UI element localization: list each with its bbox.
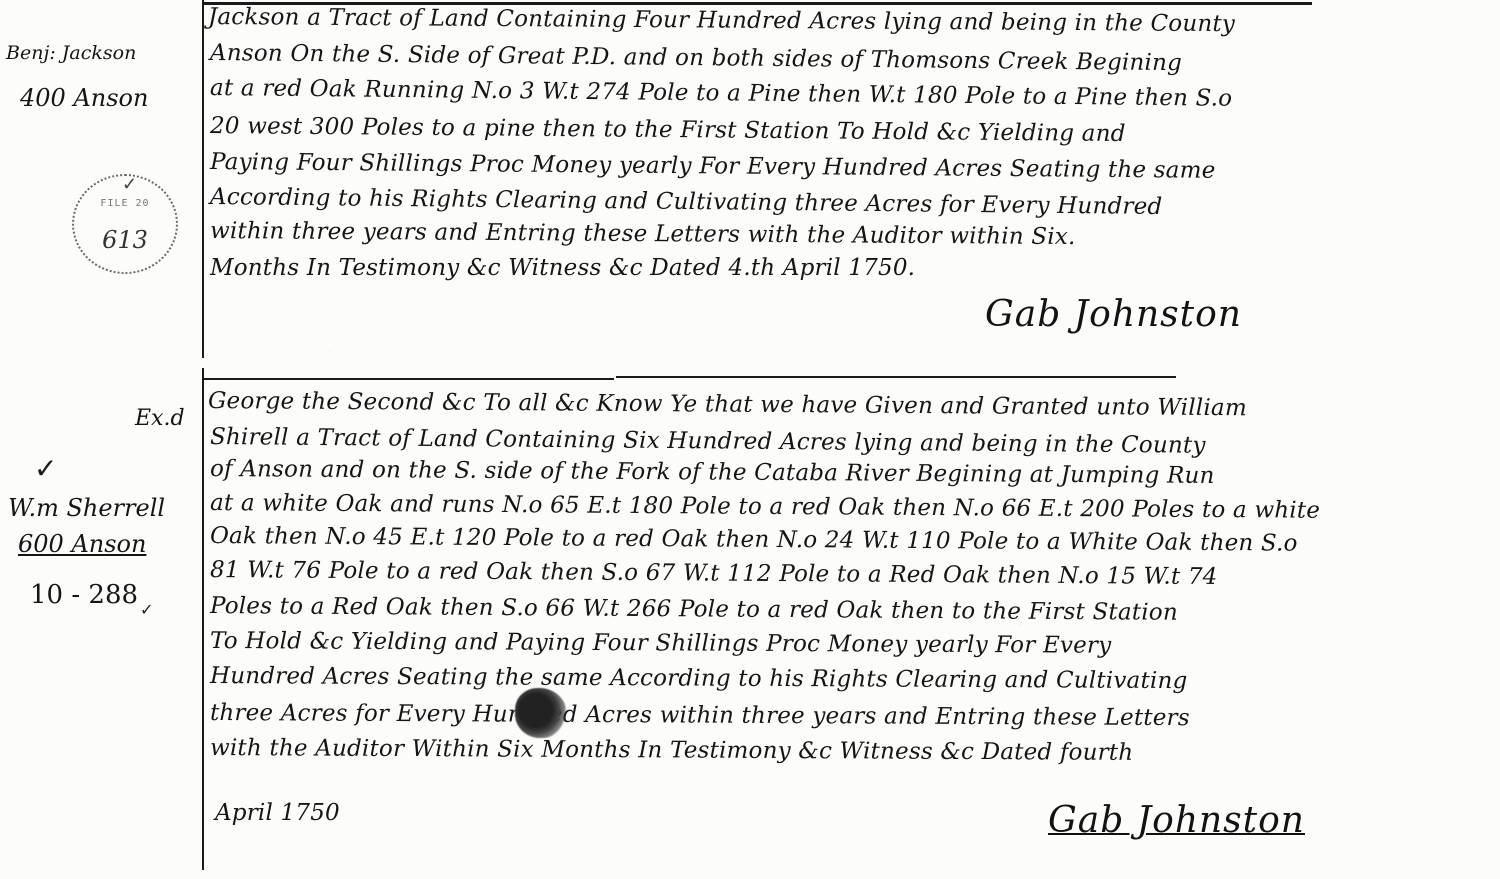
stamp-code: FILE 20 xyxy=(74,198,176,209)
entry-2-signature: Gab Johnston xyxy=(1048,800,1305,841)
margin-grantee-name: W.m Sherrell xyxy=(8,494,165,522)
margin-acres-county: 400 Anson xyxy=(20,84,148,112)
file-stamp: ✓ FILE 20 613 xyxy=(72,174,178,274)
entry-divider-right xyxy=(616,376,1176,378)
entry-1-line-5: Paying Four Shillings Proc Money yearly … xyxy=(210,149,1216,184)
margin-rule-entry-1 xyxy=(202,0,204,358)
entry-1-line-6: According to his Rights Clearing and Cul… xyxy=(210,184,1163,220)
check-mark-icon: ✓ xyxy=(34,452,57,485)
entry-1-line-8: Months In Testimony &c Witness &c Dated … xyxy=(210,255,915,281)
entry-1-line-2: Anson On the S. Side of Great P.D. and o… xyxy=(210,40,1182,76)
entry-1-line-7: within three years and Entring these Let… xyxy=(210,218,1076,250)
document-page: Benj: Jackson 400 Anson ✓ FILE 20 613 Ja… xyxy=(0,0,1500,879)
entry-2-line-11: with the Auditor Within Six Months In Te… xyxy=(210,735,1133,766)
margin-grantee-name: Benj: Jackson xyxy=(6,42,136,64)
ink-blot xyxy=(515,688,567,738)
entry-1-signature: Gab Johnston xyxy=(985,294,1242,335)
entry-2-line-12: April 1750 xyxy=(215,800,340,826)
entry-1-line-1: Jackson a Tract of Land Containing Four … xyxy=(208,4,1418,38)
entry-2-line-8: To Hold &c Yielding and Paying Four Shil… xyxy=(210,628,1111,659)
check-mark-icon: ✓ xyxy=(122,174,137,195)
entry-2-line-2: Shirell a Tract of Land Containing Six H… xyxy=(210,424,1206,459)
entry-divider-left xyxy=(204,378,614,380)
entry-2-line-5: Oak then N.o 45 E.t 120 Pole to a red Oa… xyxy=(210,523,1298,557)
entry-2-line-9: Hundred Acres Seating the same According… xyxy=(210,663,1188,694)
entry-2-line-7: Poles to a Red Oak then S.o 66 W.t 266 P… xyxy=(210,593,1178,626)
entry-1-line-4: 20 west 300 Poles to a pine then to the … xyxy=(210,113,1126,147)
entry-2-line-3: of Anson and on the S. side of the Fork … xyxy=(210,456,1215,489)
entry-1-line-3: at a red Oak Running N.o 3 W.t 274 Pole … xyxy=(210,75,1233,112)
entry-2-line-6: 81 W.t 76 Pole to a red Oak then S.o 67 … xyxy=(210,557,1218,590)
margin-reference-number: 10 - 288 xyxy=(30,580,138,610)
check-mark-icon: ✓ xyxy=(140,600,153,619)
margin-acres-county: 600 Anson xyxy=(18,530,146,558)
margin-rule-entry-2 xyxy=(202,368,204,870)
entry-2-line-1: George the Second &c To all &c Know Ye t… xyxy=(208,388,1247,421)
margin-annotation-exd: Ex.d xyxy=(135,408,185,430)
entry-2-line-10: three Acres for Every Hundred Acres with… xyxy=(210,700,1190,731)
stamp-number: 613 xyxy=(74,226,176,254)
entry-2-line-4: at a white Oak and runs N.o 65 E.t 180 P… xyxy=(210,490,1320,524)
